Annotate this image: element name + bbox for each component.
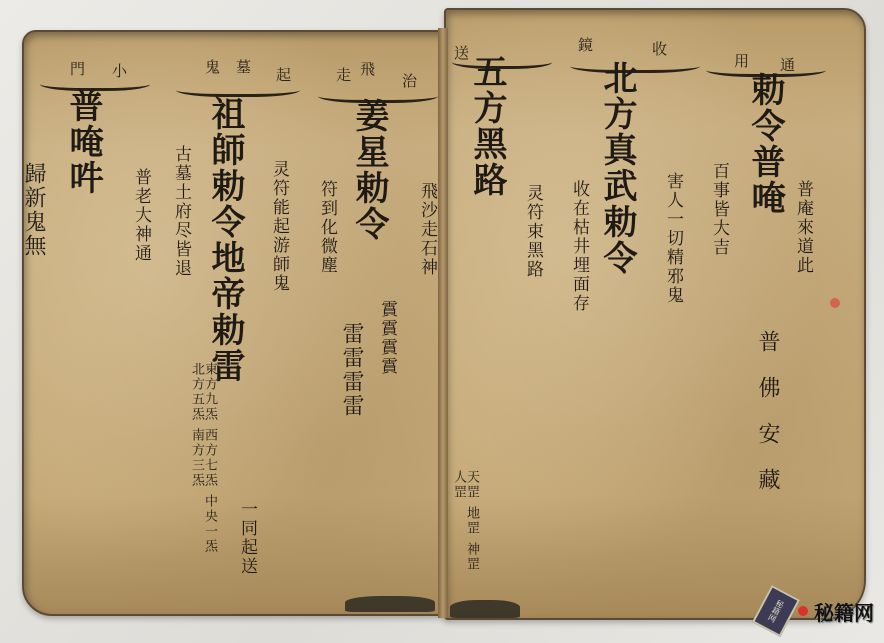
text-column: 灵符束黑路 <box>524 184 541 279</box>
text-column: 歸新鬼無 <box>22 162 44 258</box>
talisman-column: 姜星勅令 <box>352 98 386 242</box>
red-seal-mark <box>830 298 840 308</box>
text-column: 雷雷雷雷 <box>340 322 362 418</box>
talisman-column: 勅令普唵 <box>748 72 782 216</box>
text-column: 收在枯井埋面存 <box>570 180 587 313</box>
header-char: 墓 <box>236 56 251 77</box>
talisman-column: 普唵吽 <box>66 88 100 196</box>
ink-smudge <box>450 600 520 618</box>
ink-smudge <box>345 596 435 612</box>
text-column: 普老大神通 <box>132 168 149 263</box>
watermark: 秘籍网 秘籍网 <box>760 590 874 632</box>
decorative-wave <box>176 80 300 97</box>
text-column: 普佛安藏 <box>756 330 778 514</box>
book-logo-icon: 秘籍网 <box>752 585 800 637</box>
text-column: 霣霣霣霣 <box>378 300 395 376</box>
talisman-column: 北方真武勅令 <box>600 60 634 276</box>
text-column: 飛沙走石神 <box>418 182 435 277</box>
text-column: 一同起送 <box>238 500 255 576</box>
seal-icon <box>798 606 808 616</box>
header-char: 鬼 <box>205 56 220 77</box>
watermark-text: 秘籍网 <box>814 597 874 626</box>
text-column: 百事皆大吉 <box>710 162 727 257</box>
talisman-column: 五方黑路 <box>470 54 504 198</box>
text-column: 東方九炁 西方七炁 中央一炁 北方五炁 南方三炁 <box>190 362 216 562</box>
text-column: 灵符能起游師鬼 <box>270 160 287 293</box>
right-page <box>444 8 866 620</box>
text-column: 普庵來道此 <box>794 180 811 275</box>
talisman-column: 祖師勅令地帝勅雷 <box>208 96 242 384</box>
text-column: 害人一切精邪鬼 <box>664 172 681 305</box>
header-char: 飛 <box>360 58 375 79</box>
header-char: 走 <box>336 64 351 85</box>
text-column: 天罡 地罡 神罡 人罡 <box>452 470 478 590</box>
text-column: 符到化微塵 <box>318 180 335 275</box>
text-column: 古墓土府尽皆退 <box>172 145 189 278</box>
book-spine <box>438 28 448 618</box>
header-char: 鏡 <box>578 34 593 55</box>
